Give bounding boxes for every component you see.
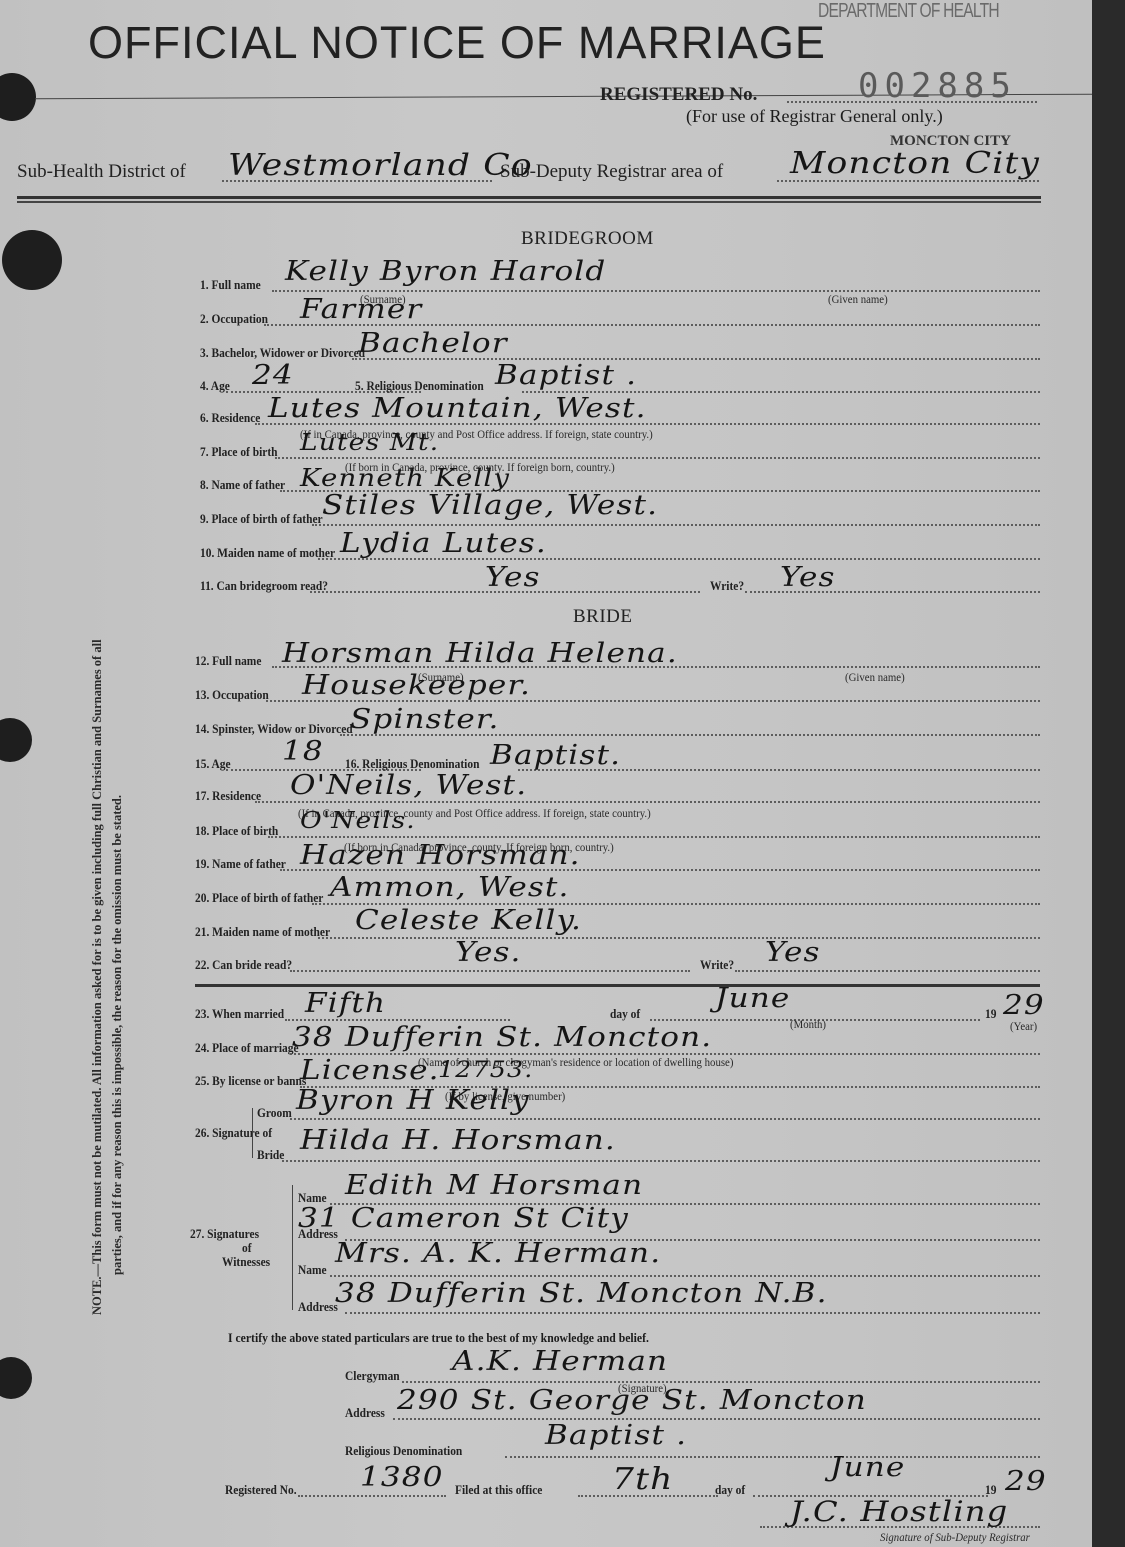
bride-full-name-label: 12. Full name [195,653,261,669]
header-divider [17,196,1041,203]
sub-deputy-area-label: Sub-Deputy Registrar area of [500,161,723,183]
given-name-hint: (Given name) [845,670,905,685]
bride-residence-value[interactable]: O'Neils, West. [290,770,527,801]
bride-occupation-label: 13. Occupation [195,687,269,703]
groom-father-value[interactable]: Kenneth Kelly [300,464,510,492]
bride-status-label: 14. Spinster, Widow or Divorced [195,721,353,737]
side-note-line-2: parties, and if for any reason this is i… [107,455,127,1315]
side-note: NOTE.—This form must not be mutilated. A… [87,455,127,1315]
groom-status-value[interactable]: Bachelor [358,328,508,359]
section-divider [195,984,1040,987]
marriage-month-value[interactable]: June [715,983,790,1014]
sub-deputy-area-value[interactable]: Moncton City [790,146,1040,181]
year-hint: (Year) [1010,1019,1037,1034]
groom-religion-value[interactable]: Baptist . [495,360,637,391]
license-type-value[interactable]: License. [300,1055,440,1086]
groom-status-label: 3. Bachelor, Widower or Divorced [200,345,365,361]
filing-registered-value[interactable]: 1380 [360,1462,444,1493]
license-number-value[interactable]: 12753. [438,1058,533,1083]
groom-age-value[interactable]: 24 [252,360,294,391]
groom-birthplace-label: 7. Place of birth [200,444,278,460]
place-of-marriage-label: 24. Place of marriage [195,1040,299,1056]
bride-residence-label: 17. Residence [195,788,261,804]
witness-2-address-label: Address [298,1299,338,1315]
groom-religion-label: 5. Religious Denomination [355,378,484,394]
bride-birthplace-value[interactable]: O'Neils. [300,808,416,834]
filed-at-office-label: Filed at this office [455,1482,542,1498]
bride-heading: BRIDE [573,606,633,628]
signature-brace [252,1108,253,1158]
bride-signature-value[interactable]: Hilda H. Horsman. [300,1125,616,1156]
witness-brace [292,1185,293,1310]
side-note-line-1: NOTE.—This form must not be mutilated. A… [87,455,107,1315]
bride-father-birthplace-value[interactable]: Ammon, West. [330,872,570,903]
groom-signature-label: Groom [257,1105,292,1121]
clergyman-signature-value[interactable]: A.K. Herman [452,1346,668,1377]
when-married-label: 23. When married [195,1006,284,1022]
sub-health-district-label: Sub-Health District of [17,161,186,183]
bride-birthplace-label: 18. Place of birth [195,823,278,839]
bride-father-label: 19. Name of father [195,856,286,872]
bride-father-birthplace-label: 20. Place of birth of father [195,890,323,906]
witness-2-name-label: Name [298,1262,327,1278]
groom-read-value[interactable]: Yes [485,562,541,593]
marriage-day-value[interactable]: Fifth [305,988,386,1019]
filed-year-value[interactable]: 29 [1005,1466,1047,1497]
groom-father-label: 8. Name of father [200,477,285,493]
signature-of-label: 26. Signature of [195,1125,272,1141]
day-of-label: day of [610,1006,640,1022]
month-hint: (Month) [790,1017,826,1032]
witness-1-name-value[interactable]: Edith M Horsman [345,1170,643,1201]
groom-read-label: 11. Can bridegroom read? [200,578,328,594]
registrar-general-hint: (For use of Registrar General only.) [686,106,943,127]
bride-write-label: Write? [700,957,734,973]
groom-signature-value[interactable]: Byron H Kelly [296,1085,530,1116]
bride-occupation-value[interactable]: Housekeeper. [302,670,531,701]
witness-1-address-value[interactable]: 31 Cameron St City [298,1203,629,1234]
clergyman-religion-label: Religious Denomination [345,1443,462,1459]
sub-deputy-signature-value[interactable]: J.C. Hostling [790,1495,1008,1528]
sub-health-district-value[interactable]: Westmorland Co [228,148,533,183]
registered-no-value: 002885 [858,66,1017,106]
groom-full-name-value[interactable]: Kelly Byron Harold [285,256,606,287]
marriage-year-value[interactable]: 29 [1003,990,1045,1021]
sub-deputy-signature-hint: Signature of Sub-Deputy Registrar [880,1530,1030,1545]
groom-write-label: Write? [710,578,744,594]
filing-registered-label: Registered No. [225,1482,297,1498]
punch-hole [2,230,62,290]
page-title: OFFICIAL NOTICE OF MARRIAGE [88,17,826,69]
bride-read-label: 22. Can bride read? [195,957,292,973]
filed-day-value[interactable]: 7th [612,1462,673,1497]
bridegroom-heading: BRIDEGROOM [521,228,654,250]
bride-write-value[interactable]: Yes [765,937,821,968]
bride-religion-value[interactable]: Baptist. [490,740,621,771]
given-name-hint: (Given name) [828,292,888,307]
groom-residence-label: 6. Residence [200,410,260,426]
groom-father-birthplace-label: 9. Place of birth of father [200,511,323,527]
groom-mother-value[interactable]: Lydia Lutes. [340,528,547,559]
witness-2-name-value[interactable]: Mrs. A. K. Herman. [335,1238,661,1269]
clergyman-address-label: Address [345,1405,385,1421]
filed-day-of-label: day of [715,1482,745,1498]
bride-signature-label: Bride [257,1147,284,1163]
groom-occupation-label: 2. Occupation [200,311,268,327]
bride-age-value[interactable]: 18 [282,736,324,767]
filed-month-value[interactable]: June [830,1452,905,1483]
clergyman-religion-value[interactable]: Baptist . [545,1420,687,1451]
bride-mother-value[interactable]: Celeste Kelly. [355,905,582,936]
registered-no-label: REGISTERED No. [600,84,757,106]
groom-full-name-label: 1. Full name [200,277,261,293]
clergyman-label: Clergyman [345,1368,400,1384]
groom-residence-value[interactable]: Lutes Mountain, West. [268,393,647,424]
scan-edge-border [1092,0,1125,1547]
bride-read-value[interactable]: Yes. [455,937,522,968]
bride-mother-label: 21. Maiden name of mother [195,924,330,940]
groom-father-birthplace-value[interactable]: Stiles Village, West. [322,490,658,521]
year-prefix: 19 [985,1006,996,1022]
groom-birthplace-value[interactable]: Lutes Mt. [300,430,439,456]
groom-write-value[interactable]: Yes [780,562,836,593]
certification-statement: I certify the above stated particulars a… [228,1330,649,1346]
witness-2-address-value[interactable]: 38 Dufferin St. Moncton N.B. [335,1278,828,1309]
bride-status-value[interactable]: Spinster. [350,704,500,735]
groom-mother-label: 10. Maiden name of mother [200,545,335,561]
clergyman-address-value[interactable]: 290 St. George St. Moncton [397,1385,867,1416]
place-of-marriage-value[interactable]: 38 Dufferin St. Moncton. [292,1022,712,1053]
bride-father-value[interactable]: Hazen Horsman. [300,840,581,871]
bride-full-name-value[interactable]: Horsman Hilda Helena. [282,638,678,669]
groom-occupation-value[interactable]: Farmer [300,294,422,325]
department-stamp: DEPARTMENT OF HEALTH [818,0,999,23]
license-label: 25. By license or banns [195,1073,306,1089]
witnesses-label-witnesses: Witnesses [222,1254,270,1270]
